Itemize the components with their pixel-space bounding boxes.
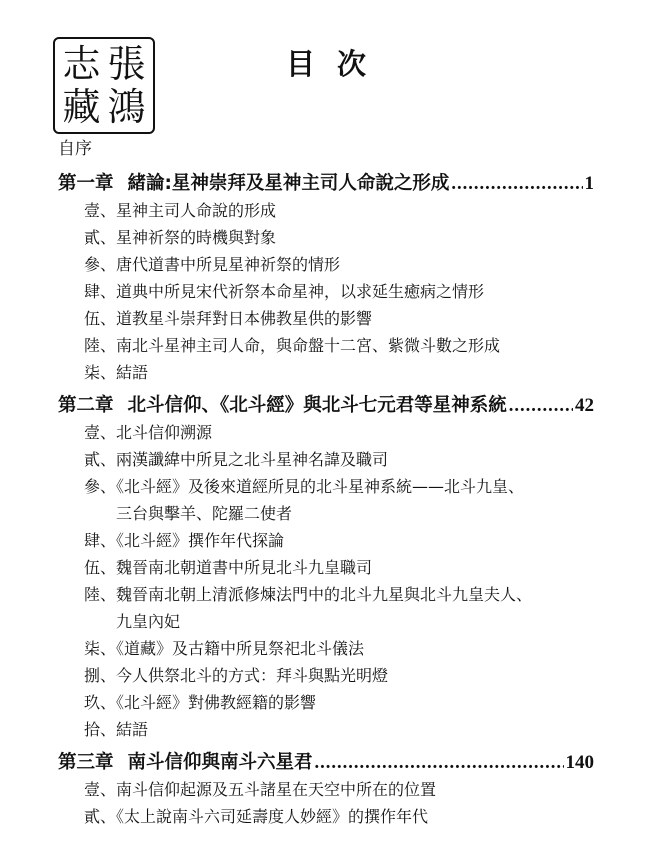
seal-char: 志 [59, 42, 104, 86]
toc-entry-preface[interactable]: 自序 [58, 138, 594, 160]
chapter-title: 緒論:星神崇拜及星神主司人命說之形成 [128, 170, 450, 197]
page-number: 42 [575, 392, 594, 419]
toc-section[interactable]: 柒、《道藏》及古籍中所見祭祀北斗儀法 [58, 635, 594, 662]
toc-section[interactable]: 壹、北斗信仰溯源 [58, 419, 594, 446]
collector-seal: 志 藏 張 鴻 [53, 37, 155, 134]
seal-char: 鴻 [104, 86, 149, 130]
dot-leader [451, 171, 582, 198]
chapter-title: 南斗信仰與南斗六星君 [128, 749, 313, 776]
section-label: 參、《北斗經》及後來道經所見的北斗星神系統——北斗九皇、 [84, 477, 524, 496]
toc-section[interactable]: 參、《北斗經》及後來道經所見的北斗星神系統——北斗九皇、 三台與擊羊、陀羅二使者 [58, 473, 594, 527]
chapter-title: 北斗信仰、《北斗經》與北斗七元君等星神系統 [128, 392, 507, 419]
seal-char: 藏 [59, 86, 104, 130]
chapter-number: 第一章 [58, 170, 114, 197]
toc-section[interactable]: 伍、道教星斗崇拜對日本佛教星供的影響 [58, 305, 594, 332]
section-label-continuation: 九皇內妃 [84, 608, 594, 635]
toc-section[interactable]: 捌、今人供祭北斗的方式：拜斗與點光明燈 [58, 662, 594, 689]
dot-leader [315, 750, 564, 777]
toc-section[interactable]: 陸、南北斗星神主司人命，與命盤十二宮、紫微斗數之形成 [58, 332, 594, 359]
table-of-contents: 自序 第一章 緒論:星神崇拜及星神主司人命說之形成 1 壹、星神主司人命說的形成… [58, 138, 594, 830]
toc-section[interactable]: 壹、南斗信仰起源及五斗諸星在天空中所在的位置 [58, 776, 594, 803]
toc-section[interactable]: 貳、兩漢讖緯中所見之北斗星神名諱及職司 [58, 446, 594, 473]
dot-leader [509, 393, 573, 420]
toc-section[interactable]: 柒、結語 [58, 359, 594, 386]
toc-section[interactable]: 伍、魏晉南北朝道書中所見北斗九皇職司 [58, 554, 594, 581]
page-number: 140 [566, 749, 595, 776]
toc-section[interactable]: 貳、《太上說南斗六司延壽度人妙經》的撰作年代 [58, 803, 594, 830]
section-label-continuation: 三台與擊羊、陀羅二使者 [84, 500, 594, 527]
page-number: 1 [585, 170, 595, 197]
chapter-number: 第三章 [58, 749, 114, 776]
toc-chapter-2[interactable]: 第二章 北斗信仰、《北斗經》與北斗七元君等星神系統 42 [58, 392, 594, 419]
chapter-number: 第二章 [58, 392, 114, 419]
toc-section[interactable]: 貳、星神祈祭的時機與對象 [58, 224, 594, 251]
seal-char: 張 [104, 42, 149, 86]
toc-section[interactable]: 壹、星神主司人命說的形成 [58, 197, 594, 224]
toc-chapter-1[interactable]: 第一章 緒論:星神崇拜及星神主司人命說之形成 1 [58, 170, 594, 197]
toc-section[interactable]: 陸、魏晉南北朝上清派修煉法門中的北斗九星與北斗九皇夫人、 九皇內妃 [58, 581, 594, 635]
toc-chapter-3[interactable]: 第三章 南斗信仰與南斗六星君 140 [58, 749, 594, 776]
section-label: 陸、魏晉南北朝上清派修煉法門中的北斗九星與北斗九皇夫人、 [84, 585, 532, 604]
page-title: 目次 [286, 42, 388, 83]
toc-section[interactable]: 肆、《北斗經》撰作年代探論 [58, 527, 594, 554]
toc-section[interactable]: 玖、《北斗經》對佛教經籍的影響 [58, 689, 594, 716]
toc-section[interactable]: 參、唐代道書中所見星神祈祭的情形 [58, 251, 594, 278]
toc-section[interactable]: 拾、結語 [58, 716, 594, 743]
toc-section[interactable]: 肆、道典中所見宋代祈祭本命星神，以求延生癒病之情形 [58, 278, 594, 305]
